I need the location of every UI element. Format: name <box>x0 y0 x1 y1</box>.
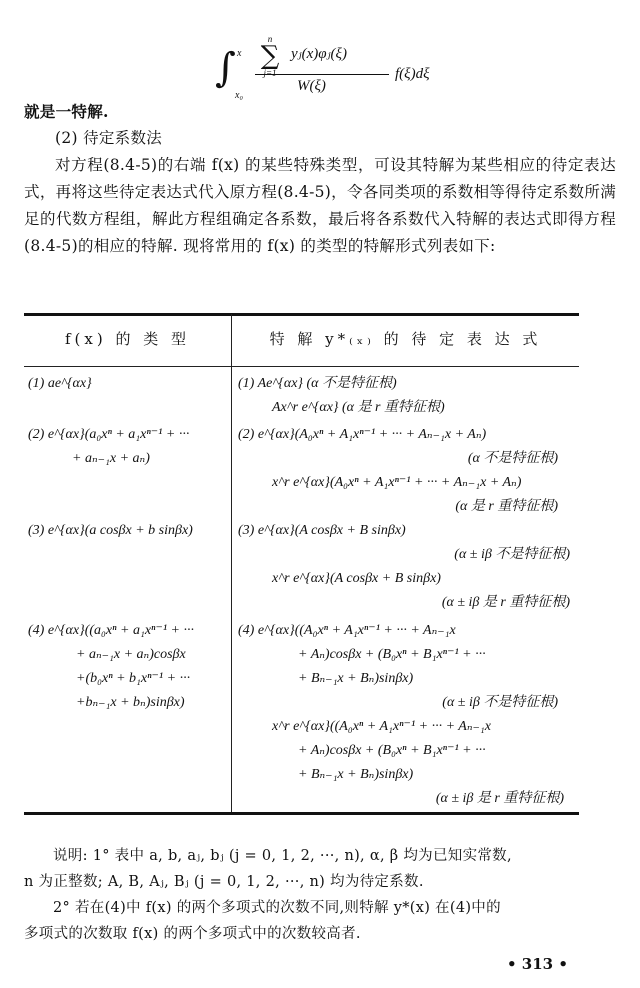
conclusion-line: 就是一特解. <box>24 98 616 125</box>
row2-right-1: (2) e^{αx}(A₀xⁿ + A₁xⁿ⁻¹ + ··· + Aₙ₋₁x +… <box>238 423 486 447</box>
method-paragraph: 对方程(8.4-5)的右端 f(x) 的某些特殊类型，可设其特解为某些相应的待定… <box>24 152 616 260</box>
note-2-line-1: 2° 若在(4)中 f(x) 的两个多项式的次数不同,则特解 y*(x) 在(4… <box>24 895 616 922</box>
integral-upper-limit: x <box>237 48 241 59</box>
row3-left: (3) e^{αx}(a cosβx + b sinβx) <box>28 519 193 543</box>
row4-right-6: + Aₙ)cosβx + (B₀xⁿ + B₁xⁿ⁻¹ + ··· <box>298 739 486 763</box>
row1-left: (1) ae^{αx} <box>28 372 92 396</box>
row2-right-3: x^r e^{αx}(A₀xⁿ + A₁xⁿ⁻¹ + ··· + Aₙ₋₁x +… <box>272 471 521 495</box>
row2-left-2: + aₙ₋₁x + aₙ) <box>72 447 150 471</box>
row4-left-4: +bₙ₋₁x + bₙ)sinβx) <box>76 691 185 715</box>
summation: n ∑ j=1 <box>255 34 285 78</box>
row2-left-1: (2) e^{αx}(a₀xⁿ + a₁xⁿ⁻¹ + ··· <box>28 423 189 447</box>
row4-left-2: + aₙ₋₁x + aₙ)cosβx <box>76 643 186 667</box>
row4-left-3: +(b₀xⁿ + b₁xⁿ⁻¹ + ··· <box>76 667 190 691</box>
row4-right-8: (α ± iβ 是 r 重特征根) <box>238 787 564 811</box>
integral-sign: ∫ <box>215 48 236 88</box>
column-divider <box>231 314 232 812</box>
row3-right-1: (3) e^{αx}(A cosβx + B sinβx) <box>238 519 406 543</box>
row2-right-2: (α 不是特征根) <box>238 447 558 471</box>
section-heading: (2) 待定系数法 <box>24 125 616 152</box>
table-top-rule <box>24 313 579 316</box>
row4-right-2: + Aₙ)cosβx + (B₀xⁿ + B₁xⁿ⁻¹ + ··· <box>298 643 486 667</box>
row1-right-1: (1) Ae^{αx} (α 不是特征根) <box>238 372 397 396</box>
sigma-symbol: ∑ <box>255 44 285 68</box>
row4-left-1: (4) e^{αx}((a₀xⁿ + a₁xⁿ⁻¹ + ··· <box>28 619 194 643</box>
row4-right-5: x^r e^{αx}((A₀xⁿ + A₁xⁿ⁻¹ + ··· + Aₙ₋₁x <box>272 715 491 739</box>
row4-right-3: + Bₙ₋₁x + Bₙ)sinβx) <box>298 667 413 691</box>
row1-right-2: Ax^r e^{αx} (α 是 r 重特征根) <box>272 396 445 420</box>
fraction-denominator: W(ξ) <box>297 78 326 95</box>
note-2-line-2: 多项式的次数取 f(x) 的两个多项式中的次数较高者. <box>24 921 616 948</box>
particular-solution-formula: ∫ x x₀ n ∑ j=1 yⱼ(x)φⱼ(ξ) W(ξ) f(ξ)dξ <box>215 30 475 100</box>
row3-right-4: (α ± iβ 是 r 重特征根) <box>238 591 570 615</box>
header-rule <box>24 366 579 367</box>
row4-right-1: (4) e^{αx}((A₀xⁿ + A₁xⁿ⁻¹ + ··· + Aₙ₋₁x <box>238 619 456 643</box>
page-number: • 313 • <box>507 955 568 973</box>
header-ftype: f(x) 的 类 型 <box>24 328 231 352</box>
sum-lower-limit: j=1 <box>255 68 285 78</box>
row3-right-3: x^r e^{αx}(A cosβx + B sinβx) <box>272 567 441 591</box>
table-bottom-rule <box>24 812 579 815</box>
row4-right-4: (α ± iβ 不是特征根) <box>238 691 558 715</box>
header-particular-form: 特 解 y*₍ₓ₎ 的 待 定 表 达 式 <box>232 328 579 352</box>
integrand-tail: f(ξ)dξ <box>395 66 430 83</box>
fraction-bar <box>255 74 389 75</box>
note-1-line-1: 说明: 1° 表中 a, b, aⱼ, bⱼ (j = 0, 1, 2, ···… <box>24 843 616 870</box>
row4-right-7: + Bₙ₋₁x + Bₙ)sinβx) <box>298 763 413 787</box>
fraction-numerator: yⱼ(x)φⱼ(ξ) <box>291 44 347 63</box>
row2-right-4: (α 是 r 重特征根) <box>238 495 558 519</box>
row3-right-2: (α ± iβ 不是特征根) <box>238 543 570 567</box>
note-1-line-2: n 为正整数; A, B, Aⱼ, Bⱼ (j = 0, 1, 2, ···, … <box>24 869 616 896</box>
